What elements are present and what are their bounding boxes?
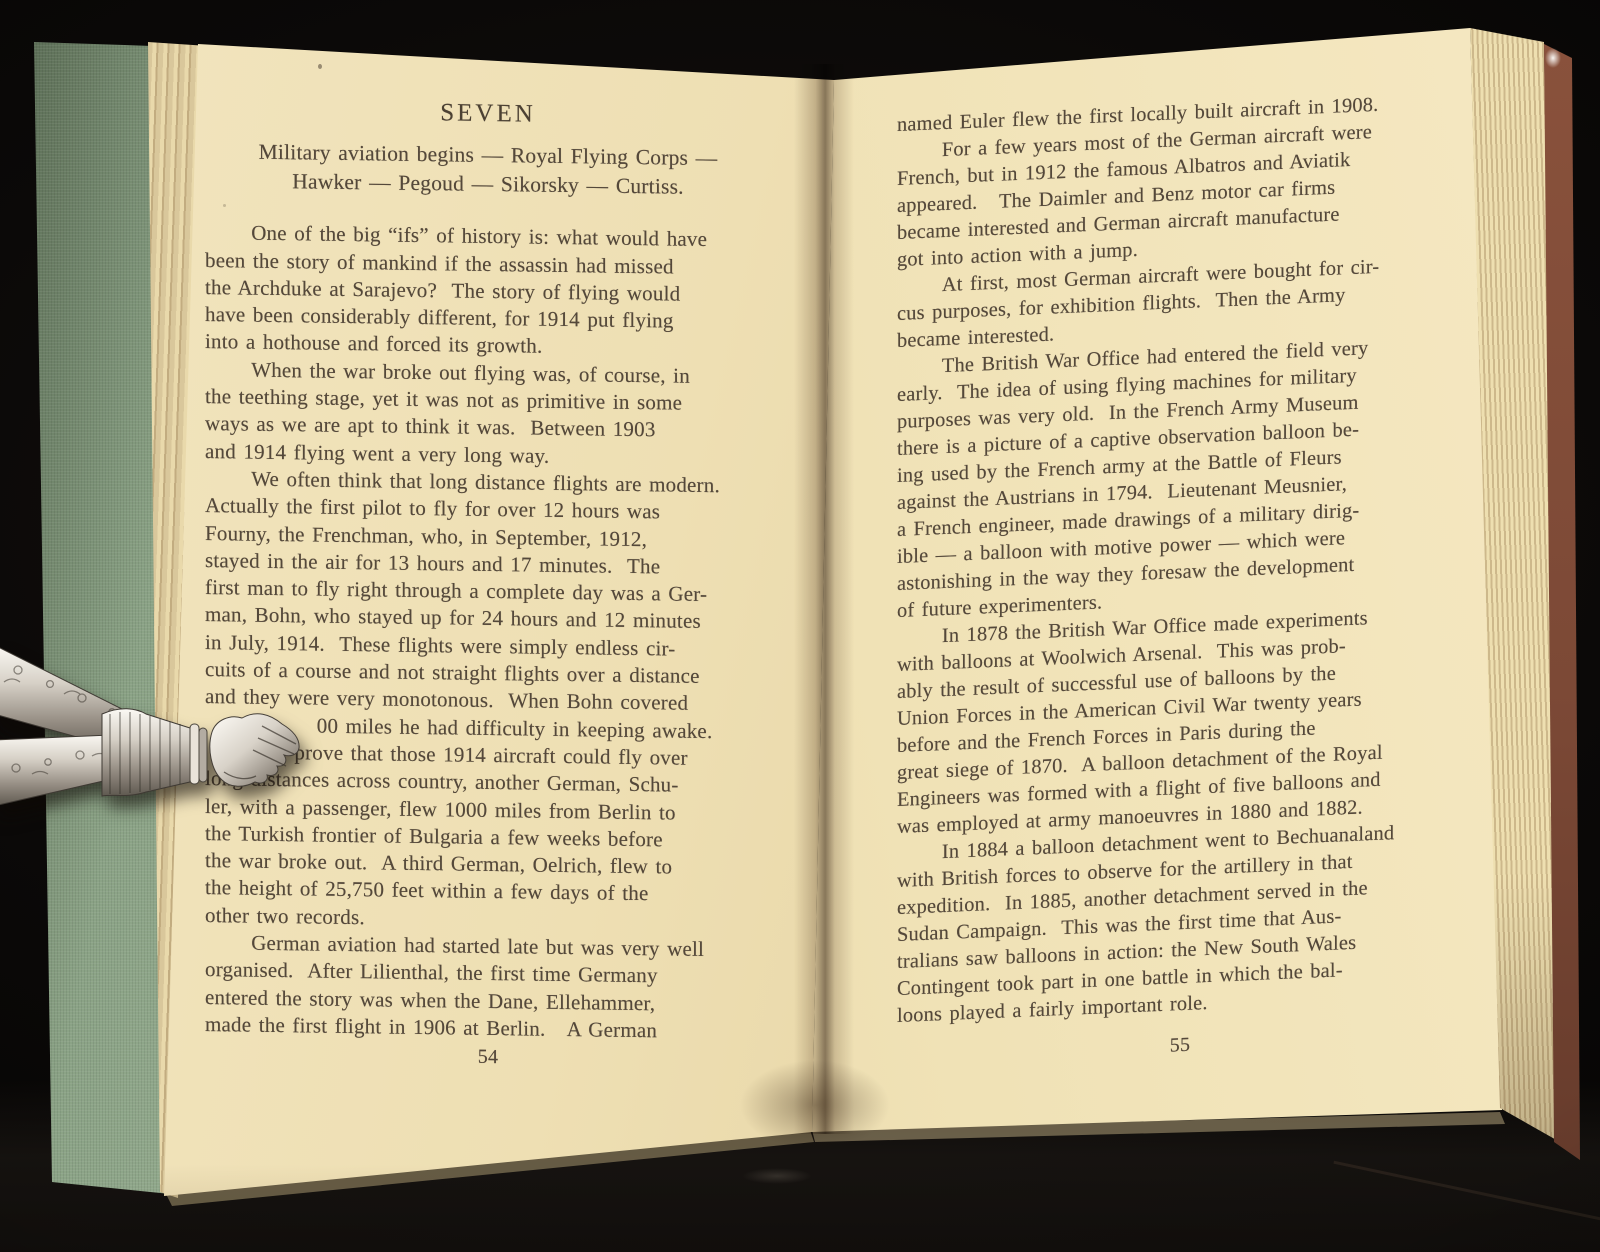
page-speck <box>318 64 322 69</box>
left-page-text: SEVEN Military aviation begins — Royal F… <box>205 96 771 1075</box>
text-paragraph: The British War Office had entered the f… <box>897 331 1463 625</box>
bookmark-cuff <box>102 709 190 796</box>
text-paragraph: For a few years most of the German aircr… <box>897 115 1463 274</box>
table-glint <box>742 1168 812 1184</box>
text-paragraph: One of the big “ifs” of history is: what… <box>205 219 771 363</box>
gutter-shadow <box>794 64 854 1134</box>
jacket-glare <box>1545 48 1561 68</box>
bookmark-collar-ring <box>190 724 199 784</box>
chapter-subtitle: Military aviation begins — Royal Flying … <box>205 137 771 203</box>
right-page-paragraphs: named Euler flew the first locally built… <box>897 88 1463 1030</box>
silver-hand-clasp-bookmark <box>0 622 314 832</box>
open-book-photo: SEVEN Military aviation begins — Royal F… <box>0 0 1600 1252</box>
right-page-text: named Euler flew the first locally built… <box>897 88 1463 1071</box>
bookmark-collar-ring2 <box>199 728 207 782</box>
text-paragraph: In 1884 a balloon detachment went to Bec… <box>897 817 1463 1030</box>
text-paragraph: In 1878 the British War Office made expe… <box>897 601 1463 841</box>
text-paragraph: When the war broke out flying was, of co… <box>205 356 771 473</box>
text-paragraph: German aviation had started late but was… <box>205 929 771 1046</box>
